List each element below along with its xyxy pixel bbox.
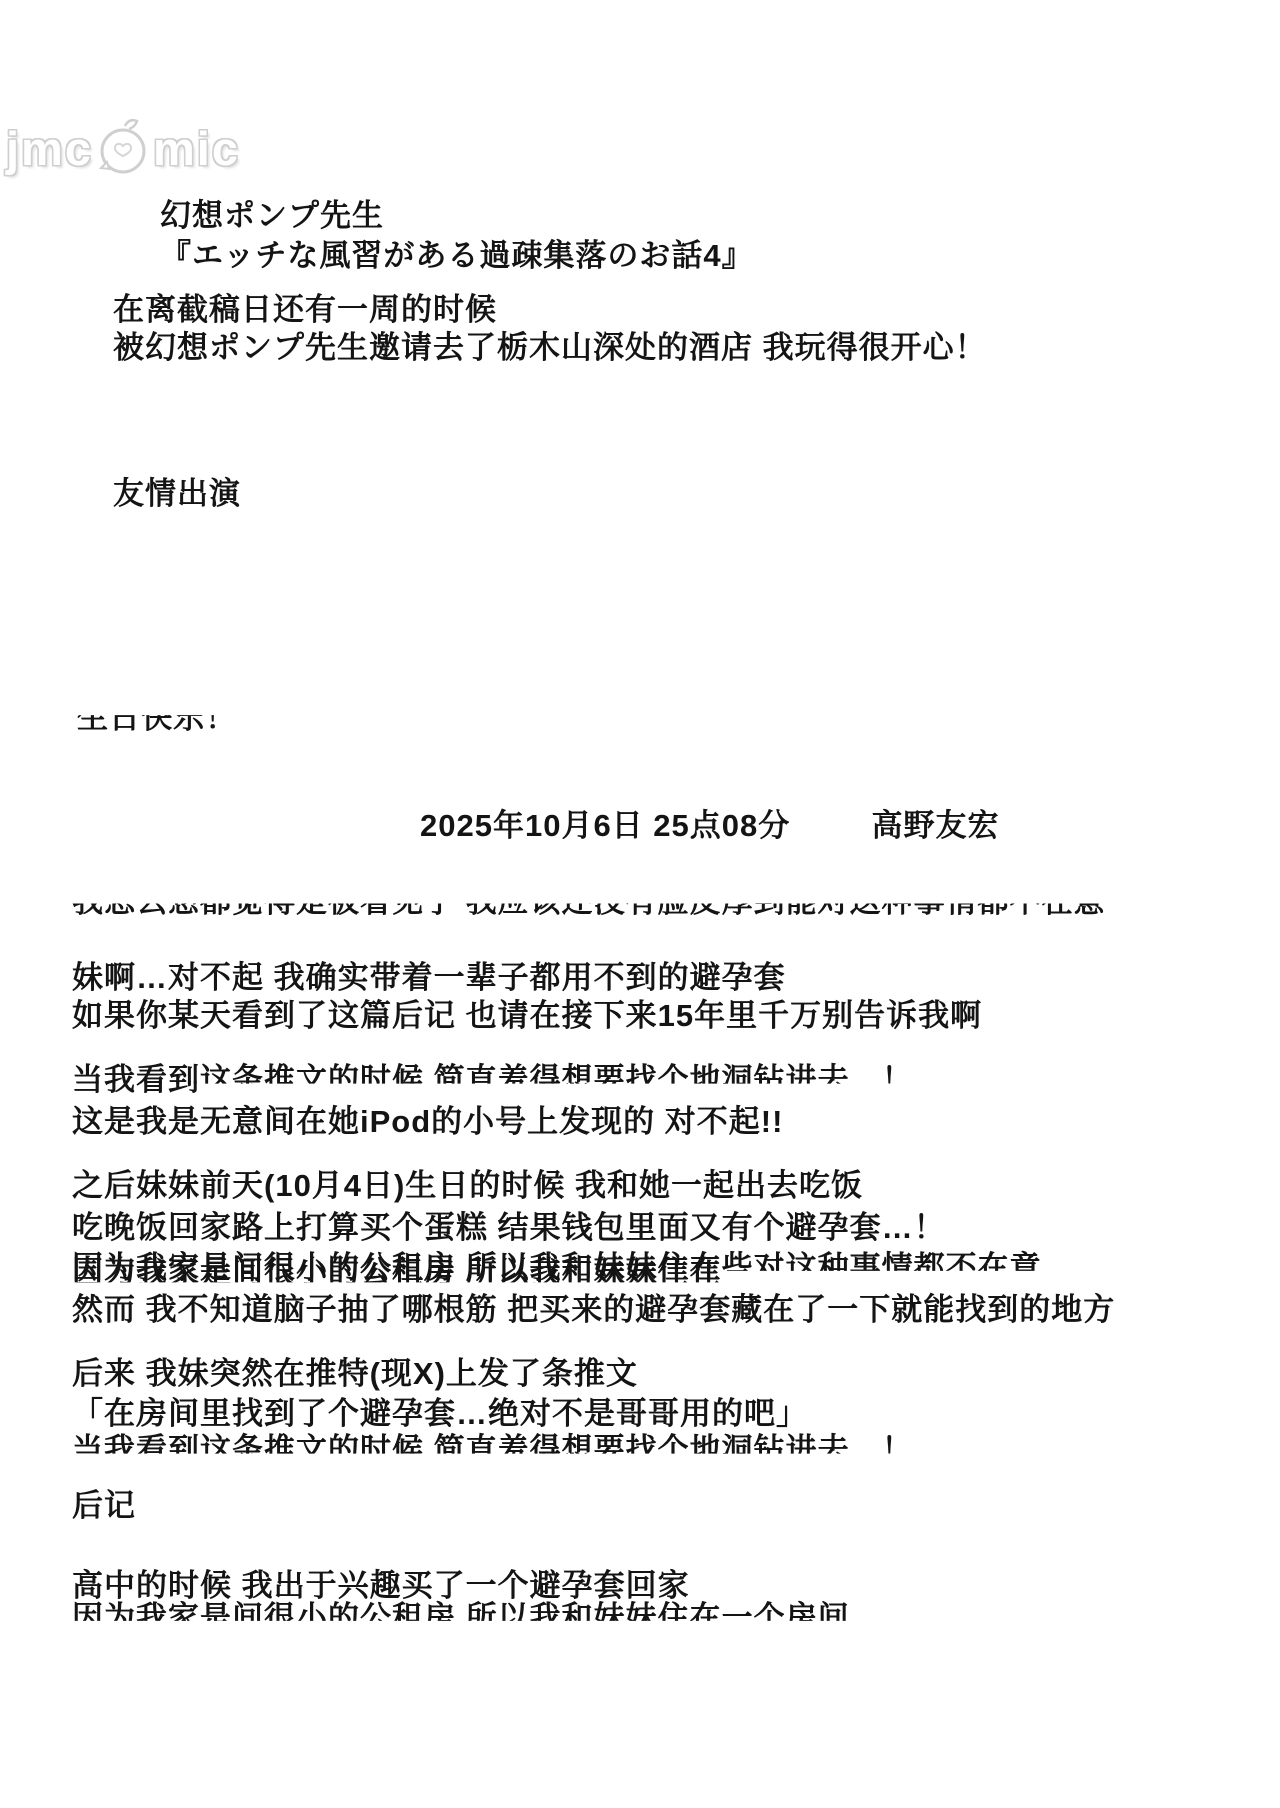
ipod-line: 这是我是无意间在她iPod的小号上发现的 对不起!!	[72, 1104, 783, 1140]
jmcomic-logo-text-right: mic	[153, 121, 240, 176]
afterword-heading: 后记	[72, 1488, 136, 1524]
author-name-line: 幻想ポンプ先生	[160, 198, 384, 234]
birthday-story-line-4: 然而 我不知道脑子抽了哪根筋 把买来的避孕套藏在了一下就能找到的地方	[72, 1292, 1115, 1328]
jmcomic-logo: jmc mic	[6, 118, 240, 178]
afterword-line-1: 高中的时候 我出于兴趣买了一个避孕套回家	[72, 1568, 690, 1604]
birthday-story-line-1: 之后妹妹前天(10月4日)生日的时候 我和她一起出去吃饭	[72, 1168, 863, 1204]
signature-author: 高野友宏	[872, 808, 1000, 843]
work-title-line: 『エッチな風習がある過疎集落のお話4』	[160, 238, 754, 274]
glitch-face-line: 我怎么想都觉得是被看见了 我应该还没有脸皮厚到能对这种事情都不在意	[72, 884, 1106, 920]
apology-line-1: 妹啊…对不起 我确实带着一辈子都用不到的避孕套	[72, 960, 786, 996]
tweet-story-clipped-line: 当我看到这条推文的时候 简直羞得想要找个地洞钻进去…！	[72, 1432, 914, 1468]
guest-appearance-label: 友情出演	[113, 476, 241, 512]
glitch-room-tail: 些对这种事情都不在意	[722, 1250, 1042, 1286]
glitch-birthday-line: 生日快乐！	[77, 700, 237, 736]
intro-line-2: 被幻想ポンプ先生邀请去了栃木山深处的酒店 我玩得很开心！	[113, 330, 987, 366]
glitch-room-line: 因为我家是间很小的公租房 所以我和妹妹住在	[72, 1250, 722, 1286]
signature-line: 2025年10月6日 25点08分 高野友宏	[420, 808, 1000, 844]
tweet-story-quote: 「在房间里找到了个避孕套…绝对不是哥哥用的吧」	[72, 1396, 808, 1432]
jmcomic-logo-text-left: jmc	[6, 121, 93, 176]
glitch-room-band: 因为我家是间很小的公租房 所以我和妹妹住在些对这种事情都不在意	[72, 1250, 1042, 1286]
apology-line-2: 如果你某天看到了这篇后记 也请在接下来15年里千万别告诉我啊	[72, 998, 982, 1034]
page: { "watermark": { "part1": "jmc", "part2"…	[0, 0, 1280, 1808]
signature-date: 2025年10月6日 25点08分	[420, 808, 790, 843]
afterword-line-2-clipped: 因为我家是间很小的公租房 所以我和妹妹住在一个房间	[72, 1600, 850, 1636]
tweet-story-line-1: 后来 我妹突然在推特(现X)上发了条推文	[72, 1356, 638, 1392]
jmcomic-mascot-icon	[95, 118, 151, 178]
intro-line-1: 在离截稿日还有一周的时候	[113, 292, 497, 328]
birthday-story-line-2: 吃晚饭回家路上打算买个蛋糕 结果钱包里面又有个避孕套…！	[72, 1210, 946, 1246]
